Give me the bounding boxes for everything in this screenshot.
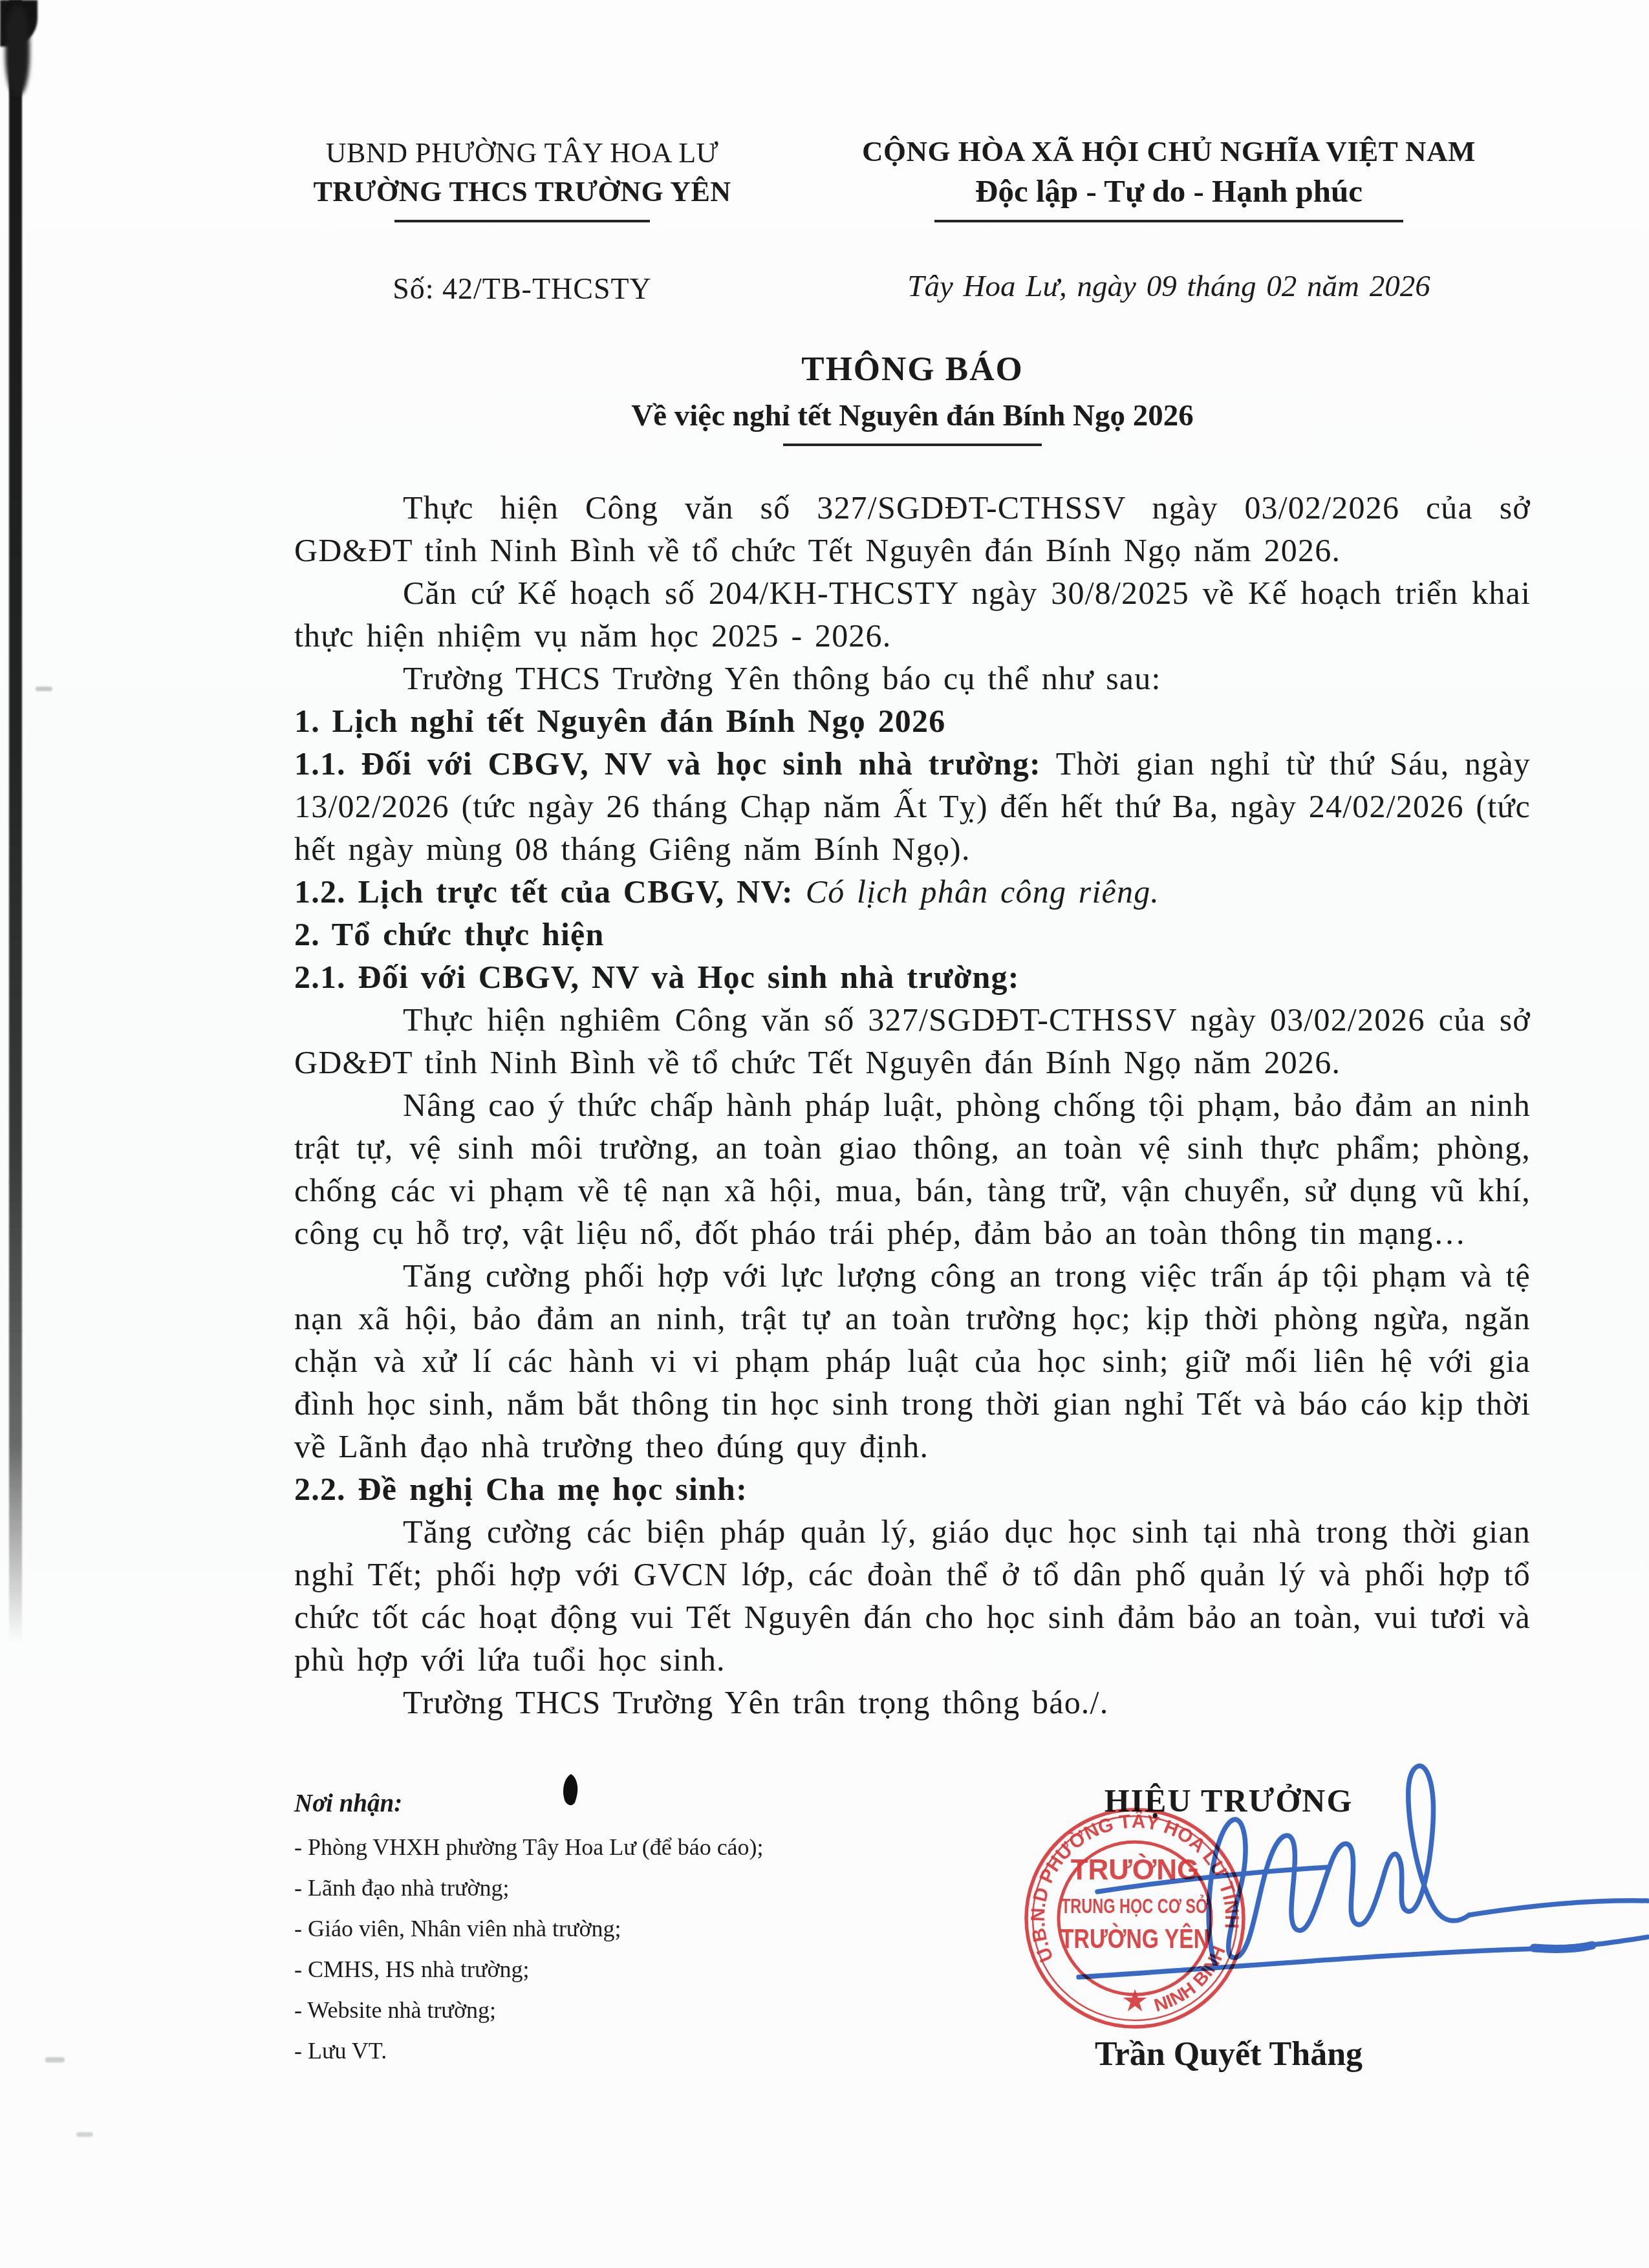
paragraph: Trường THCS Trường Yên trân trọng thông …: [294, 1681, 1531, 1724]
paragraph: Tăng cường phối hợp với lực lượng công a…: [294, 1254, 1531, 1468]
recipient-item: - Giáo viên, Nhân viên nhà trường;: [294, 1909, 876, 1949]
recipient-item: - Website nhà trường;: [294, 1990, 876, 2031]
document-number: Số: 42/TB-THCSTY: [272, 272, 773, 306]
issuer-parent-org: UBND PHƯỜNG TÂY HOA LƯ: [272, 136, 773, 171]
national-motto: Độc lập - Tự do - Hạnh phúc: [805, 173, 1533, 209]
paragraph-note: Có lịch phân công riêng.: [793, 873, 1159, 910]
section-heading: 2. Tổ chức thực hiện: [294, 913, 1531, 956]
signer-name: Trần Quyết Thắng: [1028, 2035, 1429, 2073]
paragraph: 1.1. Đối với CBGV, NV và học sinh nhà tr…: [294, 742, 1531, 870]
recipients-block: Nơi nhận: - Phòng VHXH phường Tây Hoa Lư…: [294, 1786, 876, 2071]
subsection-heading: 2.2. Đề nghị Cha mẹ học sinh:: [294, 1468, 1531, 1510]
recipients-list: - Phòng VHXH phường Tây Hoa Lư (để báo c…: [294, 1827, 876, 2071]
scan-dash-artifact: [36, 687, 52, 691]
issuer-block: UBND PHƯỜNG TÂY HOA LƯ TRƯỜNG THCS TRƯỜN…: [272, 136, 773, 222]
national-title: CỘNG HÒA XÃ HỘI CHỦ NGHĨA VIỆT NAM: [805, 133, 1533, 169]
title-block: THÔNG BÁO Về việc nghỉ tết Nguyên đán Bí…: [294, 349, 1531, 446]
signature: [1022, 1739, 1649, 1998]
paragraph: Căn cứ Kế hoạch số 204/KH-THCSTY ngày 30…: [294, 572, 1531, 657]
recipient-item: - Lưu VT.: [294, 2031, 876, 2071]
recipient-item: - CMHS, HS nhà trường;: [294, 1949, 876, 1990]
scan-edge-artifact: [9, 0, 22, 1642]
subsection-heading: 1.2. Lịch trực tết của CBGV, NV:: [294, 873, 793, 910]
recipient-item: - Phòng VHXH phường Tây Hoa Lư (để báo c…: [294, 1827, 876, 1868]
paragraph: Thực hiện Công văn số 327/SGDĐT-CTHSSV n…: [294, 486, 1531, 572]
scanned-document-page: UBND PHƯỜNG TÂY HOA LƯ TRƯỜNG THCS TRƯỜN…: [0, 0, 1649, 2268]
paragraph: Nâng cao ý thức chấp hành pháp luật, phò…: [294, 1084, 1531, 1254]
document-body: Thực hiện Công văn số 327/SGDĐT-CTHSSV n…: [294, 486, 1531, 1724]
paragraph: Trường THCS Trường Yên thông báo cụ thể …: [294, 657, 1531, 700]
title-underline: [783, 444, 1042, 446]
scan-smudge-artifact: [5, 5, 30, 96]
paragraph: 1.2. Lịch trực tết của CBGV, NV: Có lịch…: [294, 870, 1531, 913]
national-motto-block: CỘNG HÒA XÃ HỘI CHỦ NGHĨA VIỆT NAM Độc l…: [805, 133, 1533, 222]
recipients-label: Nơi nhận:: [294, 1786, 876, 1822]
scan-dash-artifact: [76, 2132, 93, 2137]
document-title: THÔNG BÁO: [294, 349, 1531, 389]
document-subtitle: Về việc nghỉ tết Nguyên đán Bính Ngọ 202…: [294, 397, 1531, 434]
subsection-heading: 1.1. Đối với CBGV, NV và học sinh nhà tr…: [294, 745, 1041, 782]
recipient-item: - Lãnh đạo nhà trường;: [294, 1868, 876, 1909]
issuer-school-name: TRƯỜNG THCS TRƯỜNG YÊN: [272, 175, 773, 209]
motto-underline: [934, 220, 1403, 222]
paragraph: Thực hiện nghiêm Công văn số 327/SGDĐT-C…: [294, 998, 1531, 1084]
section-heading: 1. Lịch nghỉ tết Nguyên đán Bính Ngọ 202…: [294, 700, 1531, 742]
scan-dash-artifact: [45, 2057, 65, 2062]
subsection-heading: 2.1. Đối với CBGV, NV và Học sinh nhà tr…: [294, 956, 1531, 998]
paragraph: Tăng cường các biện pháp quản lý, giáo d…: [294, 1510, 1531, 1681]
place-and-date: Tây Hoa Lư, ngày 09 tháng 02 năm 2026: [805, 269, 1533, 304]
issuer-underline: [394, 220, 650, 222]
